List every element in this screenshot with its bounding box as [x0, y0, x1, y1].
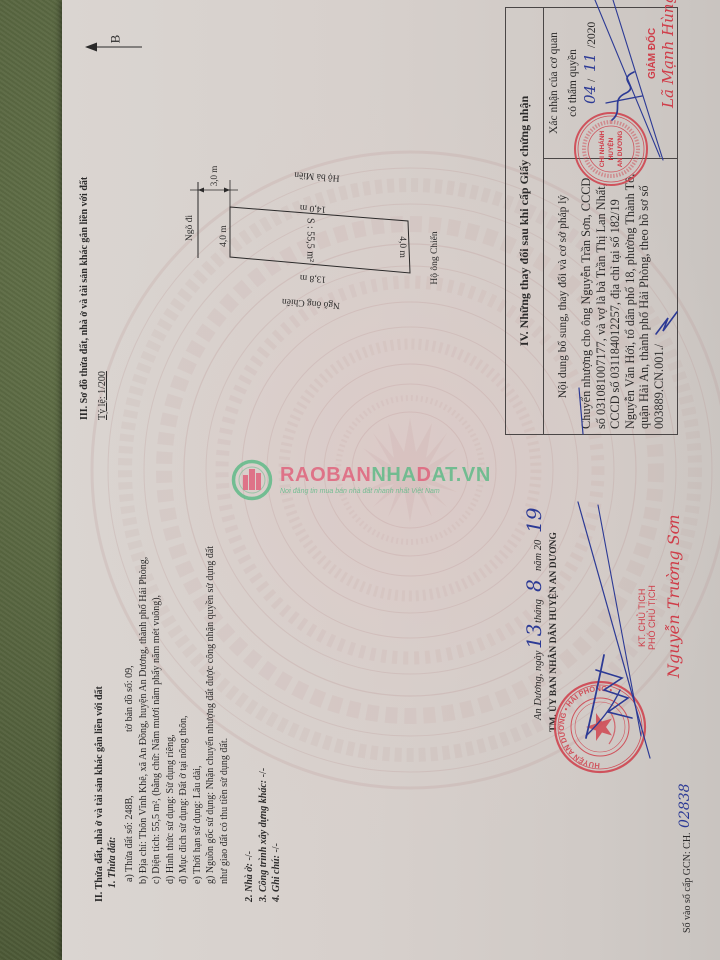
brand-part: BAN — [326, 464, 371, 486]
confirm-day: 04 — [583, 85, 598, 104]
confirm-date-separator: / — [587, 79, 599, 82]
issue-year-suffix: 19 — [524, 508, 544, 533]
use-origin: g) Nguồn gốc sử dụng: Nhận chuyển nhượng… — [206, 546, 216, 884]
confirm-year: /2020 — [587, 22, 599, 48]
confirm-title: GIÁM ĐỐC — [648, 28, 658, 79]
site-watermark: RAOBANNHADAT.VN Nơi đăng tin mua bán nhà… — [231, 458, 491, 502]
signer-position: PHÓ CHỦ TỊCH — [648, 585, 657, 650]
deputy-prefix: KT. CHỦ TỊCH — [638, 589, 647, 647]
scale-label: Tỷ lệ: 1/200 — [98, 371, 108, 420]
change-content-line: CCCD số 031184012257, địa chỉ tại số 182… — [609, 199, 621, 429]
confirm-month: 11 — [583, 53, 598, 72]
watermark-tagline: Nơi đăng tin mua bán nhà đất nhanh nhất … — [280, 488, 491, 495]
stamp-emblem-arc — [609, 710, 615, 744]
signer-name: Nguyễn Trường Sơn — [666, 514, 682, 678]
use-origin-continued: như giao đất có thu tiền sử dụng đất. — [220, 738, 230, 884]
change-content-line: 003889.CN.001./ — [653, 344, 665, 429]
building-logo-icon — [231, 458, 273, 502]
confirm-column-header-line1: Xác nhận của cơ quan — [549, 8, 561, 158]
use-term: e) Thời hạn sử dụng: Lâu dài, — [193, 765, 203, 884]
other-works-label: 3. Công trình xây dựng khác: — [258, 780, 269, 902]
notes-line: 4. Ghi chú: -/- — [272, 843, 282, 902]
section-ii-title: II. Thửa đất, nhà ở và tài sản khác gắn … — [95, 686, 105, 902]
section-iv-title: IV. Những thay đổi sau khi cấp Giấy chứn… — [506, 8, 544, 434]
parcel-area: c) Diện tích: 55,5 m², (bằng chữ: Năm mư… — [152, 595, 162, 884]
map-sheet-number: tờ bản đồ số: 09, — [125, 665, 135, 732]
issue-day: 13 — [524, 624, 544, 649]
brand-part: RAO — [280, 464, 326, 486]
parcel-address: b) Địa chỉ: Thôn Vĩnh Khê, xã An Đồng, h… — [139, 557, 149, 884]
other-works-line: 3. Công trình xây dựng khác: -/- — [259, 768, 269, 902]
registry-label: Số vào sổ cấp GCN: CH. — [683, 832, 693, 933]
stamp-line: HUYỆN — [606, 137, 615, 160]
house-line: 2. Nhà ở: -/- — [245, 851, 255, 902]
confirm-signer-name: Lã Mạnh Hùng — [661, 0, 676, 108]
change-content-line: số 031081007177, và vợ là bà Trần Thị La… — [595, 183, 607, 429]
notes-label: 4. Ghi chú: — [271, 855, 282, 902]
parcel-heading: 1. Thửa đất: — [108, 837, 118, 888]
registry-number: 02838 — [678, 783, 692, 828]
stamp-star-icon — [586, 713, 612, 741]
change-content-line: Chuyển nhượng cho ông Nguyễn Trần Sơn, C… — [580, 178, 592, 429]
issue-month: 8 — [524, 579, 544, 592]
brand-part: AT.VN — [432, 464, 491, 486]
content-column-header: Nội dung bổ sung, thay đổi và cơ sở pháp… — [558, 159, 570, 434]
section-iii-title: III. Sơ đồ thửa đất, nhà ở và tài sản kh… — [80, 177, 90, 420]
brand-part: NHA — [371, 464, 416, 486]
house-label: 2. Nhà ở: — [244, 863, 255, 902]
change-content-line: quận Hải An, thành phố Hải Phòng, theo h… — [638, 185, 650, 429]
issue-month-word: tháng — [534, 599, 545, 623]
change-content-line: Nguyễn Văn Hới, tổ dân phố 18, phường Th… — [624, 174, 636, 429]
brand-part: D — [417, 464, 432, 486]
other-works-value: -/- — [258, 768, 269, 780]
notes-value: -/- — [271, 843, 282, 855]
stamp-line: CHI NHÁNH — [597, 130, 606, 167]
changes-table: IV. Những thay đổi sau khi cấp Giấy chứn… — [505, 7, 678, 435]
issue-year-prefix: năm 20 — [534, 540, 545, 571]
district-committee-stamp: HUYỆN AN DƯƠNG • HẢI PHÒNG • — [553, 680, 647, 774]
house-value: -/- — [244, 851, 255, 863]
issue-place-day-prefix: An Dương, ngày — [534, 651, 545, 720]
stamp-line: AN DƯƠNG — [617, 131, 624, 168]
land-office-stamp: CHI NHÁNH HUYỆN AN DƯƠNG — [573, 111, 649, 187]
watermark-brand: RAOBANNHADAT.VN — [280, 465, 491, 485]
use-form: d) Hình thức sử dụng: Sử dụng riêng, — [166, 734, 176, 884]
use-purpose: đ) Mục đích sử dụng: Đất ở tại nông thôn… — [179, 716, 189, 884]
parcel-number: a) Thửa đất số: 248B, — [125, 795, 135, 882]
